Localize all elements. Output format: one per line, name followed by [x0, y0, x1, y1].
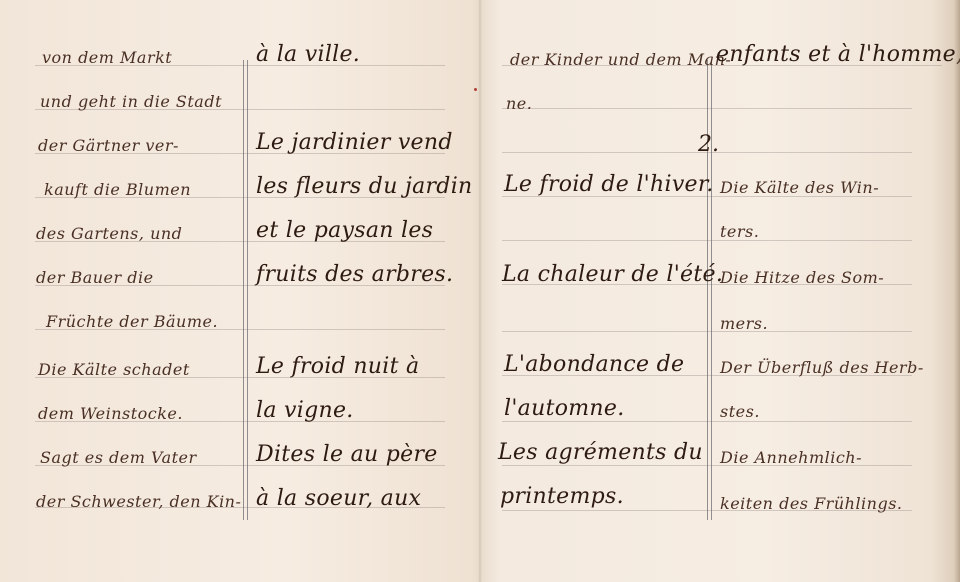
german-line: stes.: [720, 402, 760, 421]
french-line: la vigne.: [256, 398, 354, 423]
column-divider: [247, 60, 248, 520]
german-line: ne.: [506, 94, 532, 113]
french-line: Le froid de l'hiver.: [504, 172, 714, 197]
section-number: 2.: [698, 132, 719, 157]
german-line: der Bauer die: [36, 268, 154, 287]
german-line: des Gartens, und: [36, 224, 182, 243]
german-line: keiten des Frühlings.: [720, 494, 903, 513]
french-line: fruits des arbres.: [256, 262, 453, 287]
ink-speck: [474, 88, 477, 91]
french-line: l'automne.: [504, 396, 625, 421]
german-line: von dem Markt: [42, 48, 172, 67]
german-line: der Kinder und dem Man-: [510, 50, 731, 69]
german-line: Die Hitze des Som-: [720, 268, 884, 287]
french-line: les fleurs du jardin: [256, 174, 473, 199]
page-edge: [954, 0, 960, 582]
french-line: printemps.: [500, 484, 624, 509]
column-divider: [243, 60, 244, 520]
french-line: à la ville.: [256, 42, 360, 67]
french-line: enfants et à l'homme,: [716, 42, 960, 67]
german-line: kauft die Blumen: [44, 180, 191, 199]
french-line: Dites le au père: [256, 442, 438, 467]
right-page: der Kinder und dem Man- enfants et à l'h…: [480, 0, 960, 582]
french-line: La chaleur de l'été.: [502, 262, 723, 287]
german-line: und geht in die Stadt: [40, 92, 222, 111]
german-line: dem Weinstocke.: [38, 404, 183, 423]
document-spread: von dem Markt und geht in die Stadt der …: [0, 0, 960, 582]
german-line: Die Kälte schadet: [38, 360, 190, 379]
german-line: Die Annehmlich-: [720, 448, 862, 467]
german-line: mers.: [720, 314, 768, 333]
german-line: Die Kälte des Win-: [720, 178, 879, 197]
column-divider: [707, 60, 708, 520]
french-line: et le paysan les: [256, 218, 433, 243]
left-page: von dem Markt und geht in die Stadt der …: [0, 0, 480, 582]
german-line: der Schwester, den Kin-: [36, 492, 241, 511]
french-line: Le froid nuit à: [256, 354, 419, 379]
german-line: Früchte der Bäume.: [46, 312, 218, 331]
column-divider: [711, 60, 712, 520]
german-line: der Gärtner ver-: [38, 136, 179, 155]
german-line: Der Überfluß des Herb-: [720, 358, 924, 377]
german-line: ters.: [720, 222, 759, 241]
french-line: Les agréments du: [498, 440, 703, 465]
french-line: L'abondance de: [504, 352, 684, 377]
german-line: Sagt es dem Vater: [40, 448, 197, 467]
french-line: Le jardinier vend: [256, 130, 453, 155]
french-line: à la soeur, aux: [256, 486, 421, 511]
